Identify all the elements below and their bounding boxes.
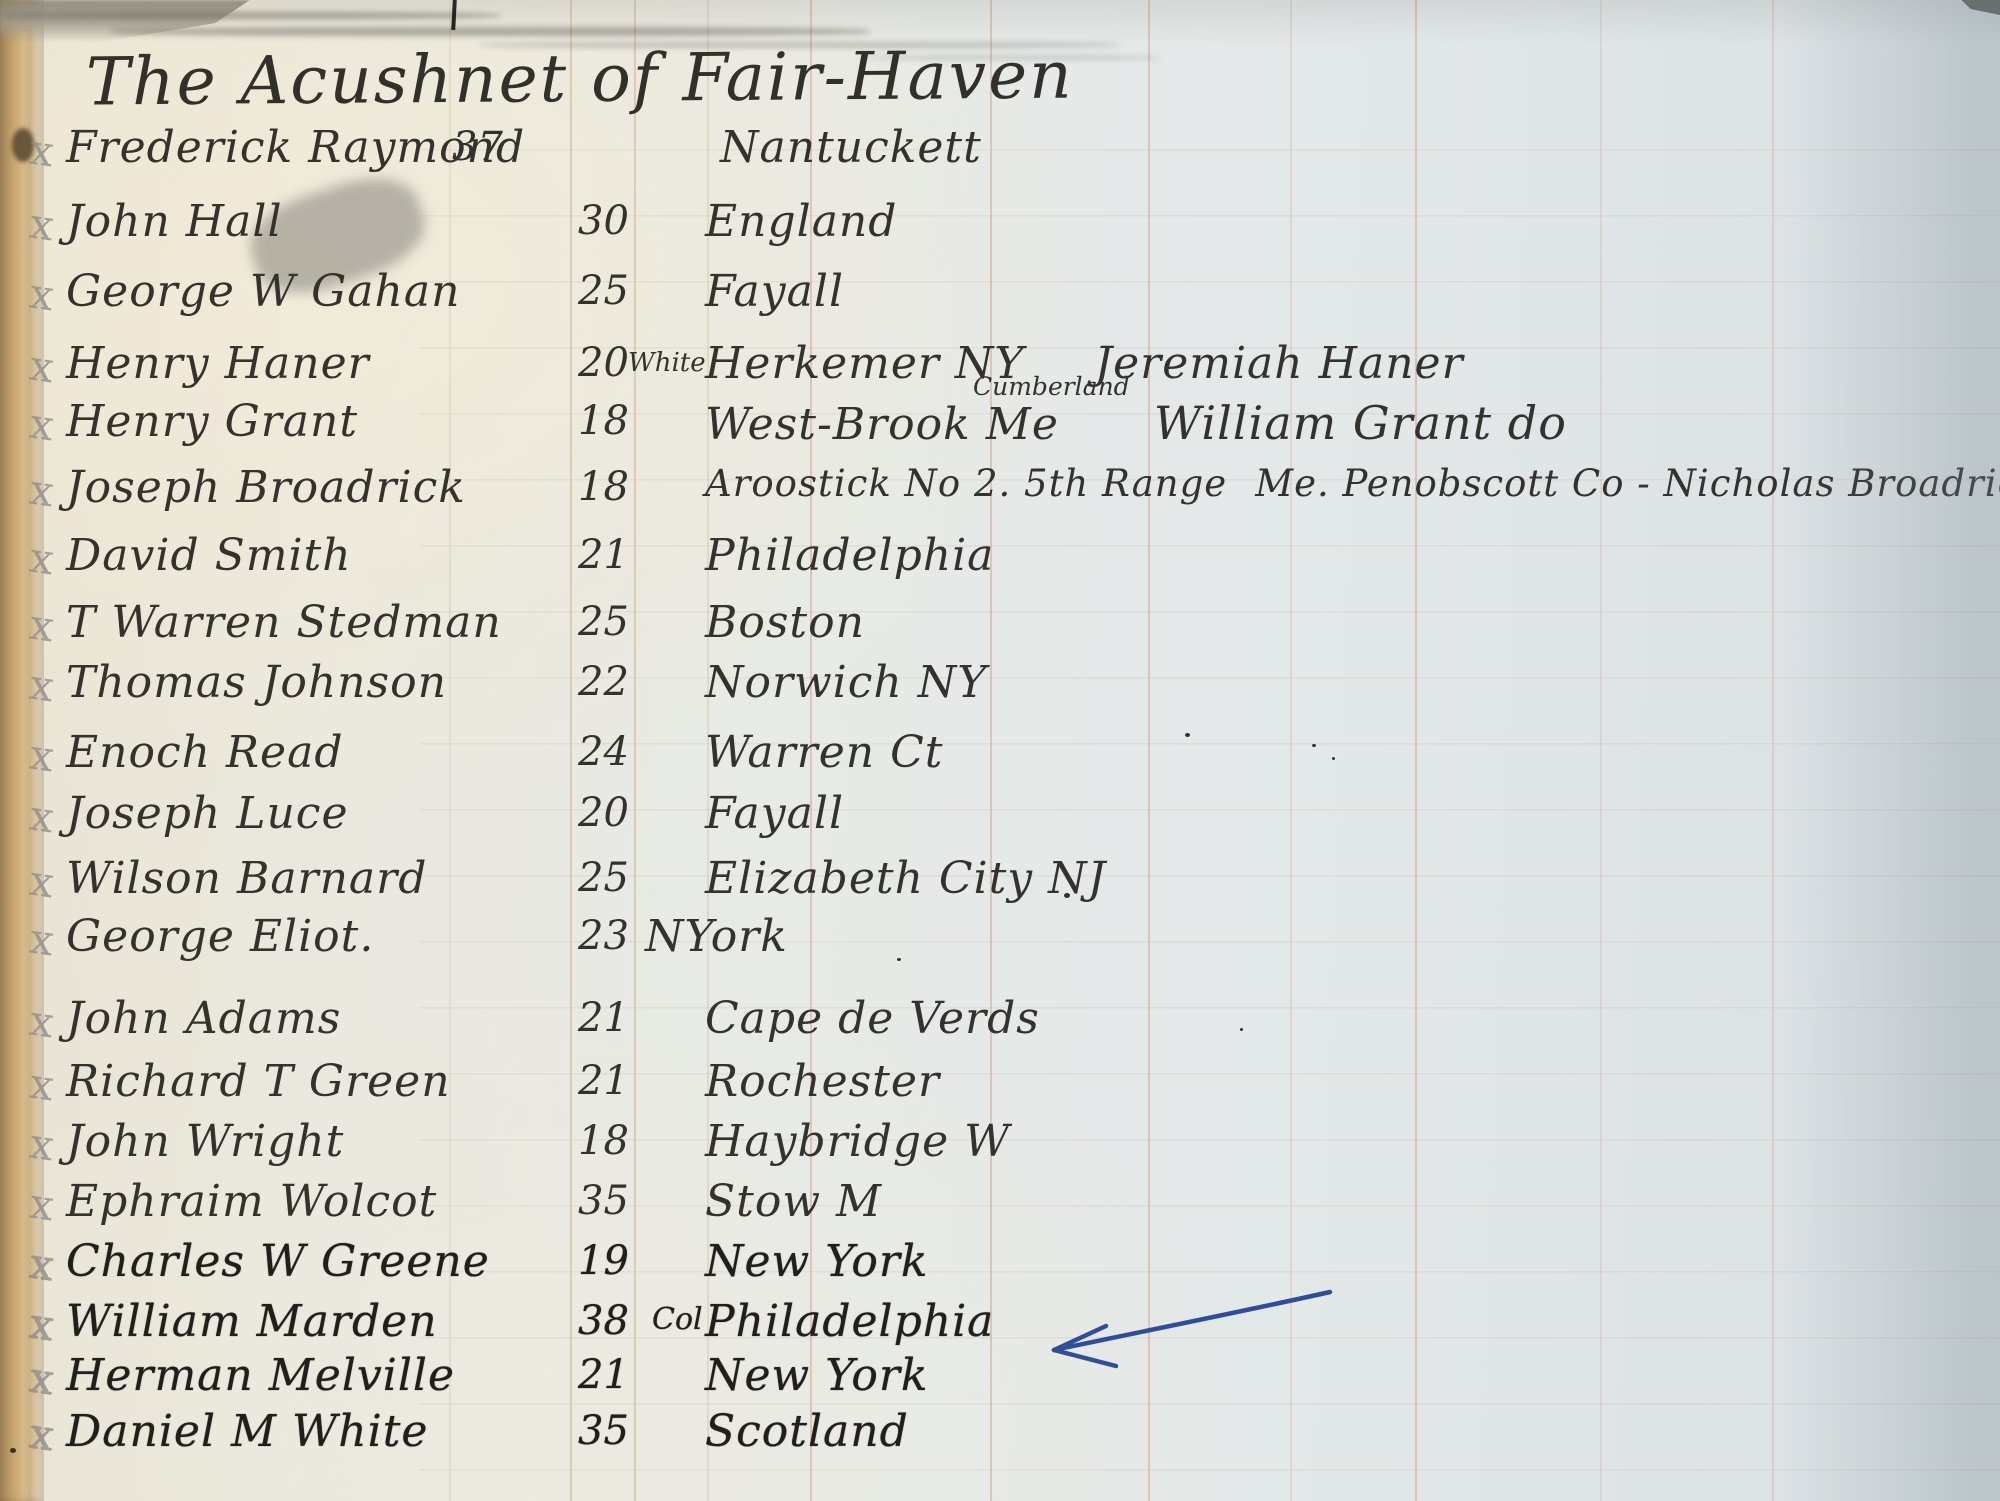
table-row: x John Wright 18 Haybridge W	[0, 1116, 2000, 1178]
crew-birthplace-entry: Elizabeth City NJ	[705, 853, 1106, 904]
crew-birthplace-entry: Boston	[705, 597, 865, 648]
crew-birthplace: New York	[705, 1350, 929, 1401]
crew-birthplace-entry: Warren Ct	[705, 727, 943, 778]
crew-birthplace: Philadelphia	[705, 1296, 994, 1347]
crew-birthplace-entry: England	[705, 196, 897, 247]
crew-extra-note: William Grant do	[1154, 396, 1567, 450]
crew-age: 22	[578, 659, 629, 705]
crew-name: Wilson Barnard	[66, 853, 427, 904]
check-x-mark: x	[27, 269, 57, 321]
crew-age: 18	[578, 464, 629, 510]
crew-name: Ephraim Wolcot	[66, 1176, 437, 1227]
table-row: x Herman Melville 21 New York	[0, 1350, 2000, 1412]
crew-age: 18	[578, 1118, 629, 1164]
crew-birthplace: Elizabeth City NJ	[705, 853, 1106, 904]
crew-age: 35	[578, 1178, 629, 1224]
crew-birthplace-entry: New York	[705, 1236, 929, 1287]
crew-name: Henry Haner	[66, 338, 370, 389]
crew-name: John Wright	[66, 1116, 344, 1167]
crew-age: 21	[578, 532, 629, 578]
crew-name: Herman Melville	[66, 1350, 455, 1401]
crew-name: William Marden	[66, 1296, 438, 1347]
table-row: x John Hall 30 England	[0, 196, 2000, 258]
crew-age: 23	[578, 913, 629, 959]
crew-birthplace-entry: Philadelphia	[705, 1296, 994, 1347]
crew-birthplace-entry: Nantuckett	[720, 122, 982, 173]
crew-birthplace: Philadelphia	[705, 530, 994, 581]
table-row: x John Adams 21 Cape de Verds	[0, 993, 2000, 1055]
crew-name: George W Gahan	[66, 266, 460, 317]
crew-age: 18	[578, 398, 629, 444]
crew-birthplace: Fayall	[705, 788, 844, 839]
table-row: x Thomas Johnson 22 Norwich NY	[0, 657, 2000, 719]
crew-age: 25	[578, 855, 629, 901]
crew-birthplace-entry: New York	[705, 1350, 929, 1401]
table-row: x Joseph Luce 20 Fayall	[0, 788, 2000, 850]
crew-birthplace: Rochester	[705, 1056, 940, 1107]
crew-age: 20	[578, 340, 629, 386]
crew-birthplace: Norwich NY	[705, 657, 987, 708]
crew-age: 24	[578, 729, 629, 775]
crew-birthplace-entry: Fayall	[705, 788, 844, 839]
table-row: x William Marden 38 Col Philadelphia	[0, 1296, 2000, 1358]
crew-birthplace: West-Brook Me	[705, 399, 1059, 450]
crew-age: 35	[578, 1408, 629, 1454]
check-x-mark: x	[27, 533, 57, 585]
arrow-shaft	[1054, 1292, 1330, 1350]
crew-birthplace: Nantuckett	[720, 122, 982, 173]
crew-age: 21	[578, 1352, 629, 1398]
check-x-mark: x	[27, 199, 57, 251]
crew-birthplace: Scotland	[705, 1406, 909, 1457]
check-x-mark: x	[27, 1299, 57, 1351]
crew-age: 20	[578, 790, 629, 836]
crew-name: George Eliot.	[66, 911, 374, 962]
crew-name: T Warren Stedman	[66, 597, 502, 648]
crew-name: Joseph Broadrick	[66, 462, 466, 513]
table-row: x T Warren Stedman 25 Boston	[0, 597, 2000, 659]
crew-birthplace-entry: Stow M	[705, 1176, 882, 1227]
interlined-note: Cumberland	[973, 372, 1130, 401]
crew-name: John Adams	[66, 993, 341, 1044]
crew-age: 30	[578, 198, 629, 244]
crew-birthplace-entry: Rochester	[705, 1056, 940, 1107]
table-row: x Henry Grant 18 CumberlandWest-Brook Me…	[0, 396, 2000, 458]
crew-birthplace-entry: Fayall	[705, 266, 844, 317]
table-row: x Wilson Barnard 25 Elizabeth City NJ	[0, 853, 2000, 915]
check-x-mark: x	[27, 125, 57, 177]
check-x-mark: x	[27, 856, 57, 908]
crew-name: Henry Grant	[66, 396, 358, 447]
table-row: x David Smith 21 Philadelphia	[0, 530, 2000, 592]
table-row: x Charles W Greene 19 New York	[0, 1236, 2000, 1298]
crew-birthplace: Boston	[705, 597, 865, 648]
crew-birthplace: Cape de Verds	[705, 993, 1040, 1044]
crew-birthplace: Warren Ct	[705, 727, 943, 778]
check-x-mark: x	[27, 465, 57, 517]
crew-name: Enoch Read	[66, 727, 343, 778]
crew-extra-note: Jeremiah Haner	[1094, 338, 1463, 389]
crew-birthplace: Aroostick No 2. 5th Range	[705, 462, 1227, 505]
crew-birthplace-entry: CumberlandWest-Brook MeWilliam Grant do	[705, 396, 1567, 450]
crew-birthplace-entry: Haybridge W	[705, 1116, 1010, 1167]
table-row: x George W Gahan 25 Fayall	[0, 266, 2000, 328]
check-x-mark: x	[27, 791, 57, 843]
check-x-mark: x	[27, 1239, 57, 1291]
crew-birthplace: England	[705, 196, 897, 247]
crew-birthplace-entry: Cape de Verds	[705, 993, 1040, 1044]
check-x-mark: x	[27, 399, 57, 451]
table-row: x Daniel M White 35 Scotland	[0, 1406, 2000, 1468]
crew-birthplace-entry: Norwich NY	[705, 657, 987, 708]
crew-qualifier: Col	[652, 1302, 703, 1337]
table-row: x Joseph Broadrick 18 Aroostick No 2. 5t…	[0, 462, 2000, 524]
check-x-mark: x	[27, 1119, 57, 1171]
crew-birthplace-entry: Aroostick No 2. 5th RangeMe. Penobscott …	[705, 462, 2000, 505]
crew-age: 25	[578, 599, 629, 645]
crew-age: 37	[452, 124, 503, 170]
crew-birthplace-entry: NYork	[645, 911, 788, 962]
check-x-mark: x	[27, 341, 57, 393]
crew-birthplace: Stow M	[705, 1176, 882, 1227]
crew-birthplace: Haybridge W	[705, 1116, 1010, 1167]
crew-age: 25	[578, 268, 629, 314]
check-x-mark: x	[27, 600, 57, 652]
table-row: x Ephraim Wolcot 35 Stow M	[0, 1176, 2000, 1238]
table-row: x Frederick Raymond 37 Nantuckett	[0, 122, 2000, 184]
crew-birthplace-entry: Philadelphia	[705, 530, 994, 581]
crew-age: 21	[578, 1058, 629, 1104]
crew-age: 19	[578, 1238, 629, 1284]
table-row: x Richard T Green 21 Rochester	[0, 1056, 2000, 1118]
check-x-mark: x	[27, 996, 57, 1048]
check-x-mark: x	[27, 1353, 57, 1405]
check-x-mark: x	[27, 1409, 57, 1461]
crew-list: x Frederick Raymond 37 Nantuckett x John…	[0, 0, 2000, 1501]
crew-extra-note: Me. Penobscott Co - Nicholas Broadrick -	[1255, 462, 2000, 505]
check-x-mark: x	[27, 1179, 57, 1231]
crew-name: Richard T Green	[66, 1056, 451, 1107]
check-x-mark: x	[27, 660, 57, 712]
crew-name: Daniel M White	[66, 1406, 428, 1457]
crew-birthplace: New York	[705, 1236, 929, 1287]
check-x-mark: x	[27, 730, 57, 782]
arrow-head	[1054, 1350, 1116, 1366]
blue-arrow-annotation	[1020, 1282, 1350, 1382]
crew-name: Joseph Luce	[66, 788, 348, 839]
crew-name: David Smith	[66, 530, 352, 581]
crew-birthplace-entry: Scotland	[705, 1406, 909, 1457]
crew-age: 21	[578, 995, 629, 1041]
crew-qualifier: White	[628, 348, 706, 378]
crew-name: John Hall	[66, 196, 283, 247]
crew-name: Charles W Greene	[66, 1236, 490, 1287]
crew-birthplace: Fayall	[705, 266, 844, 317]
crew-age: 38	[578, 1298, 629, 1344]
crew-birthplace: NYork	[645, 911, 788, 962]
table-row: x George Eliot. 23 NYork	[0, 911, 2000, 973]
table-row: x Enoch Read 24 Warren Ct	[0, 727, 2000, 789]
check-x-mark: x	[27, 1059, 57, 1111]
check-x-mark: x	[27, 914, 57, 966]
crew-name: Thomas Johnson	[66, 657, 447, 708]
